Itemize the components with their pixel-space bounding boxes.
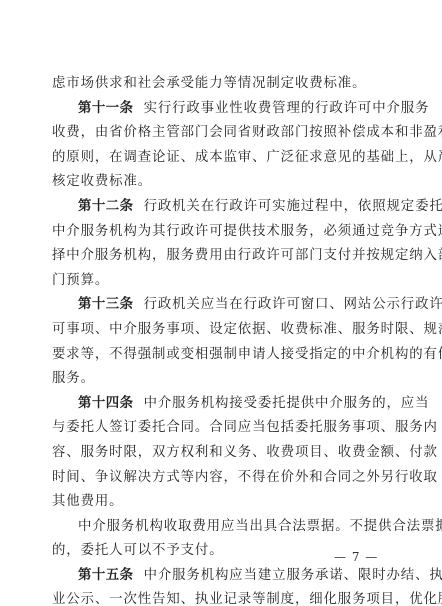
text-line: 虑市场供求和社会承受能力等情况制定收费标准。 xyxy=(52,72,384,97)
text-line: 中介服务机构为其行政许可提供技术服务，必须通过竞争方式选 xyxy=(52,220,384,245)
text-line: 业公示、一次性告知、执业记录等制度，细化服务项目，优化服 xyxy=(52,588,384,606)
article-13-heading-line: 第十三条行政机关应当在行政许可窗口、网站公示行政许 xyxy=(52,293,384,318)
article-11-heading-line: 第十一条实行行政事业性收费管理的行政许可中介服务 xyxy=(52,97,384,122)
text-line: 核定收费标准。 xyxy=(52,170,384,195)
article-text: 实行行政事业性收费管理的行政许可中介服务 xyxy=(144,101,430,116)
text-line: 的原则，在调查论证、成本监审、广泛征求意见的基础上，从严 xyxy=(52,146,384,171)
article-label: 第十五条 xyxy=(78,568,134,583)
article-12-heading-line: 第十二条行政机关在行政许可实施过程中，依照规定委托 xyxy=(52,195,384,220)
article-label: 第十一条 xyxy=(78,101,134,116)
text-line: 容、服务时限，双方权利和义务、收费项目、收费金额、付款 xyxy=(52,441,384,466)
text-line: 与委托人签订委托合同。合同应当包括委托服务事项、服务内 xyxy=(52,416,384,441)
article-text: 中介服务机构应当建立服务承诺、限时办结、执 xyxy=(144,568,442,583)
article-15-heading-line: 第十五条中介服务机构应当建立服务承诺、限时办结、执 xyxy=(52,564,384,589)
article-text: 中介服务机构接受委托提供中介服务的，应当 xyxy=(144,396,430,411)
text-line: 其他费用。 xyxy=(52,490,384,515)
text-line: 要求等，不得强制或变相强制申请人接受指定的中介机构的有偿 xyxy=(52,343,384,368)
article-label: 第十二条 xyxy=(78,199,134,214)
page-number: — 7 — xyxy=(334,550,378,564)
article-text: 行政机关应当在行政许可窗口、网站公示行政许 xyxy=(144,297,442,312)
article-14-heading-line: 第十四条中介服务机构接受委托提供中介服务的，应当 xyxy=(52,392,384,417)
text-line: 收费，由省价格主管部门会同省财政部门按照补偿成本和非盈利 xyxy=(52,121,384,146)
paragraph-line: 中介服务机构收取费用应当出具合法票据。不提供合法票据 xyxy=(52,515,384,540)
article-label: 第十三条 xyxy=(78,297,134,312)
text-line: 门预算。 xyxy=(52,269,384,294)
text-line: 择中介服务机构，服务费用由行政许可部门支付并按规定纳入部 xyxy=(52,244,384,269)
article-label: 第十四条 xyxy=(78,396,134,411)
document-page: 虑市场供求和社会承受能力等情况制定收费标准。 第十一条实行行政事业性收费管理的行… xyxy=(52,72,384,606)
article-text: 行政机关在行政许可实施过程中，依照规定委托 xyxy=(144,199,442,214)
text-line: 服务。 xyxy=(52,367,384,392)
text-line: 可事项、中介服务事项、设定依据、收费标准、服务时限、规范 xyxy=(52,318,384,343)
text-line: 时间、争议解决方式等内容，不得在价外和合同之外另行收取 xyxy=(52,466,384,491)
